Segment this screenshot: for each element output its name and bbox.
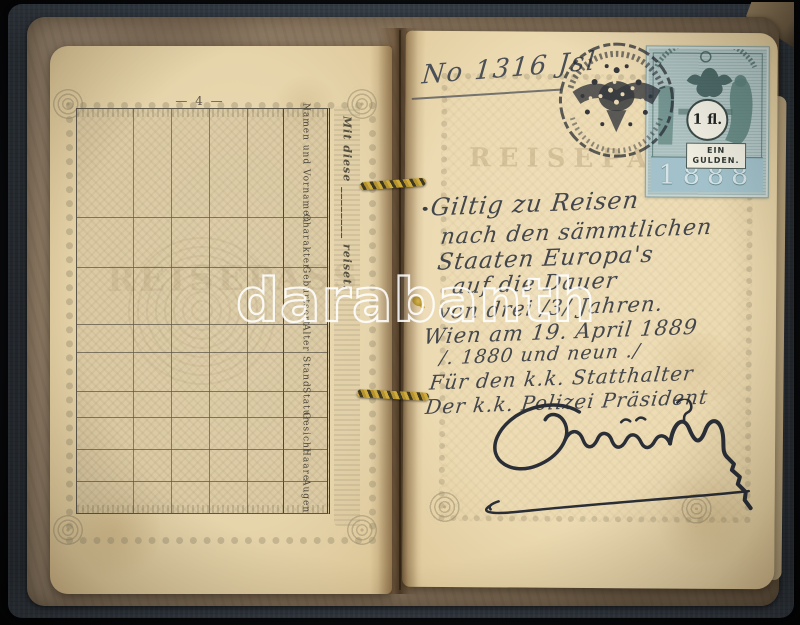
corner-rosette [50, 512, 86, 548]
stamp-value-word-gulden: GULDEN. [689, 156, 743, 166]
signature [460, 397, 763, 529]
row-label-augen: Augen [284, 481, 327, 511]
row-label-stand: Stand [284, 352, 327, 391]
double-eagle-icon [686, 68, 732, 98]
passport-photo: — 4 — REISEPASS Namen und Vornamen [0, 0, 800, 625]
table-column-line [209, 109, 210, 513]
stamp-value-word-ein: EIN [689, 146, 743, 156]
table-column-line [133, 109, 134, 513]
row-label-charakter: Charakter [284, 217, 327, 267]
stamp-denomination: 1 fl. [686, 99, 728, 141]
ink-blot [423, 207, 428, 211]
row-label-haare: Haare [284, 449, 327, 481]
auction-house-watermark: darabanth [236, 266, 596, 336]
row-label-gesicht: Gesicht [284, 417, 327, 449]
ink-stamp-eagle [572, 64, 660, 133]
police-ink-stamp [554, 38, 679, 163]
row-label-namen: Namen und Vornamen [284, 109, 327, 217]
stamp-value-words: EIN GULDEN. [686, 143, 746, 169]
corner-rosette [426, 489, 462, 525]
side-caption-text: Mit diese ________ reiset: [341, 116, 354, 290]
table-column-line [171, 109, 172, 513]
